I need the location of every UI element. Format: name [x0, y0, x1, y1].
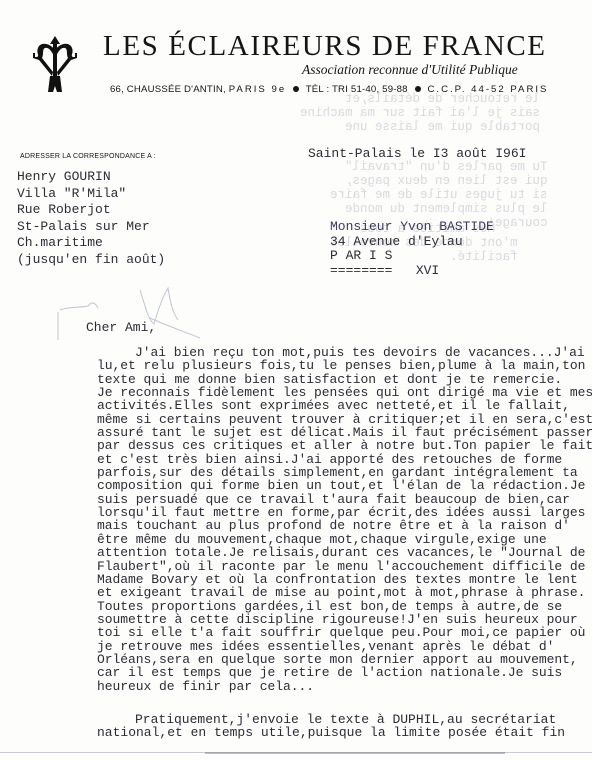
bleed-through-text: le retoucher de détails,et sais je l'ai … — [300, 92, 540, 134]
body-line: être même du mouvement,chaque mot,chaque… — [97, 533, 592, 546]
organization-address: 66, CHAUSSÉE D'ANTIN, PARIS 9e TÉL : TRI… — [110, 84, 548, 95]
organization-name: LES ÉCLAIREURS DE FRANCE — [103, 30, 547, 63]
body-line: Orléans,sera en quelque sorte mon dernie… — [97, 653, 592, 666]
body-line: J'ai bien reçu ton mot,puis tes devoirs … — [97, 346, 592, 359]
address-street: 66, CHAUSSÉE D'ANTIN, — [110, 84, 226, 95]
page-edge-shadow — [205, 752, 505, 754]
sender-line: Ch.maritime — [17, 235, 165, 252]
ccp-account: C.C.P. 44-52 PARIS — [427, 84, 548, 95]
letter-date: Saint-Palais le I3 août I96I — [308, 146, 526, 161]
salutation: Cher Ami, — [86, 320, 156, 335]
body-line: parfois,sur des détails simplement,en ga… — [97, 466, 592, 479]
body-line: mais touchant au plus profond de notre ê… — [97, 519, 592, 532]
sender-line: Villa "R'Mila" — [17, 186, 165, 203]
recipient-address: Monsieur Yvon BASTIDE34 Avenue d'EylauP … — [330, 220, 494, 278]
sender-address: Henry GOURINVilla "R'Mila"Rue RoberjotSt… — [17, 169, 165, 268]
sender-line: St-Palais sur Mer — [17, 219, 165, 236]
sender-line: Rue Roberjot — [17, 202, 165, 219]
body-line: Toutes proportions gardées,il est bon,de… — [97, 600, 592, 613]
body-line: activités.Elles sont exprimées avec nett… — [97, 399, 592, 412]
body-line: et c'est très bien ainsi.J'ai apporté de… — [97, 453, 592, 466]
body-line: car il est temps que je retire de l'acti… — [97, 666, 592, 679]
body-line: et exigeant travail de mise au point,mot… — [97, 586, 592, 599]
bullet-separator-icon — [293, 86, 299, 92]
body-line: assuré tant le sujet est délicat.Mais il… — [97, 426, 592, 439]
address-city: PARIS 9e — [229, 84, 286, 95]
body-line: lu,et relu plusieurs fois,tu le penses b… — [97, 359, 592, 372]
body-line: lorsqu'il faut mettre en forme,par écrit… — [97, 506, 592, 519]
recipient-line: 34 Avenue d'Eylau — [330, 235, 494, 250]
body-line: Flaubert",où il raconte par le menu l'ac… — [97, 560, 592, 573]
body-line: heureux de finir par cela... — [97, 680, 592, 693]
letter-body-paragraph-2: Pratiquement,j'envoie le texte à DUPHIL,… — [97, 713, 565, 740]
body-line: Madame Bovary et où la confrontation des… — [97, 573, 592, 586]
body-line: texte qui me donne bien satisfaction et … — [97, 373, 592, 386]
letter-body-paragraph-1: J'ai bien reçu ton mot,puis tes devoirs … — [97, 346, 592, 693]
trident-fleur-emblem-icon — [32, 36, 78, 92]
body-line: national,et en temps utile,puisque la li… — [97, 726, 565, 739]
bullet-separator-icon — [415, 86, 421, 92]
body-line: je retrouve mes idées essentielles,venan… — [97, 640, 592, 653]
body-line: même si certains peuvent trouver à criti… — [97, 413, 592, 426]
sender-line: Henry GOURIN — [17, 169, 165, 186]
recipient-line: P AR I S — [330, 249, 494, 264]
body-line: composition qui forme bien un tout,et l'… — [97, 479, 592, 492]
body-line: Je reconnais fidèlement les pensées qui … — [97, 386, 592, 399]
recipient-line: Monsieur Yvon BASTIDE — [330, 220, 494, 235]
correspondence-label: ADRESSER LA CORRESPONDANCE A : — [20, 153, 156, 160]
body-line: soumettre à cette discipline rigoureuse!… — [97, 613, 592, 626]
body-line: attention totale.Je relisais,durant ces … — [97, 546, 592, 559]
body-line: toi si elle t'a fait souffrir quelque pe… — [97, 626, 592, 639]
sender-line: (jusqu'en fin août) — [17, 252, 165, 269]
body-line: Pratiquement,j'envoie le texte à DUPHIL,… — [97, 713, 565, 726]
body-line: par dessus ces critiques et aller à notr… — [97, 439, 592, 452]
body-line: suis persuadé que ce travail t'aura fait… — [97, 493, 592, 506]
organization-tagline: Association reconnue d'Utilité Publique — [302, 62, 518, 78]
phone-number: TÉL : TRI 51-40, 59-88 — [306, 84, 408, 95]
recipient-line: ======== XVI — [330, 264, 494, 279]
